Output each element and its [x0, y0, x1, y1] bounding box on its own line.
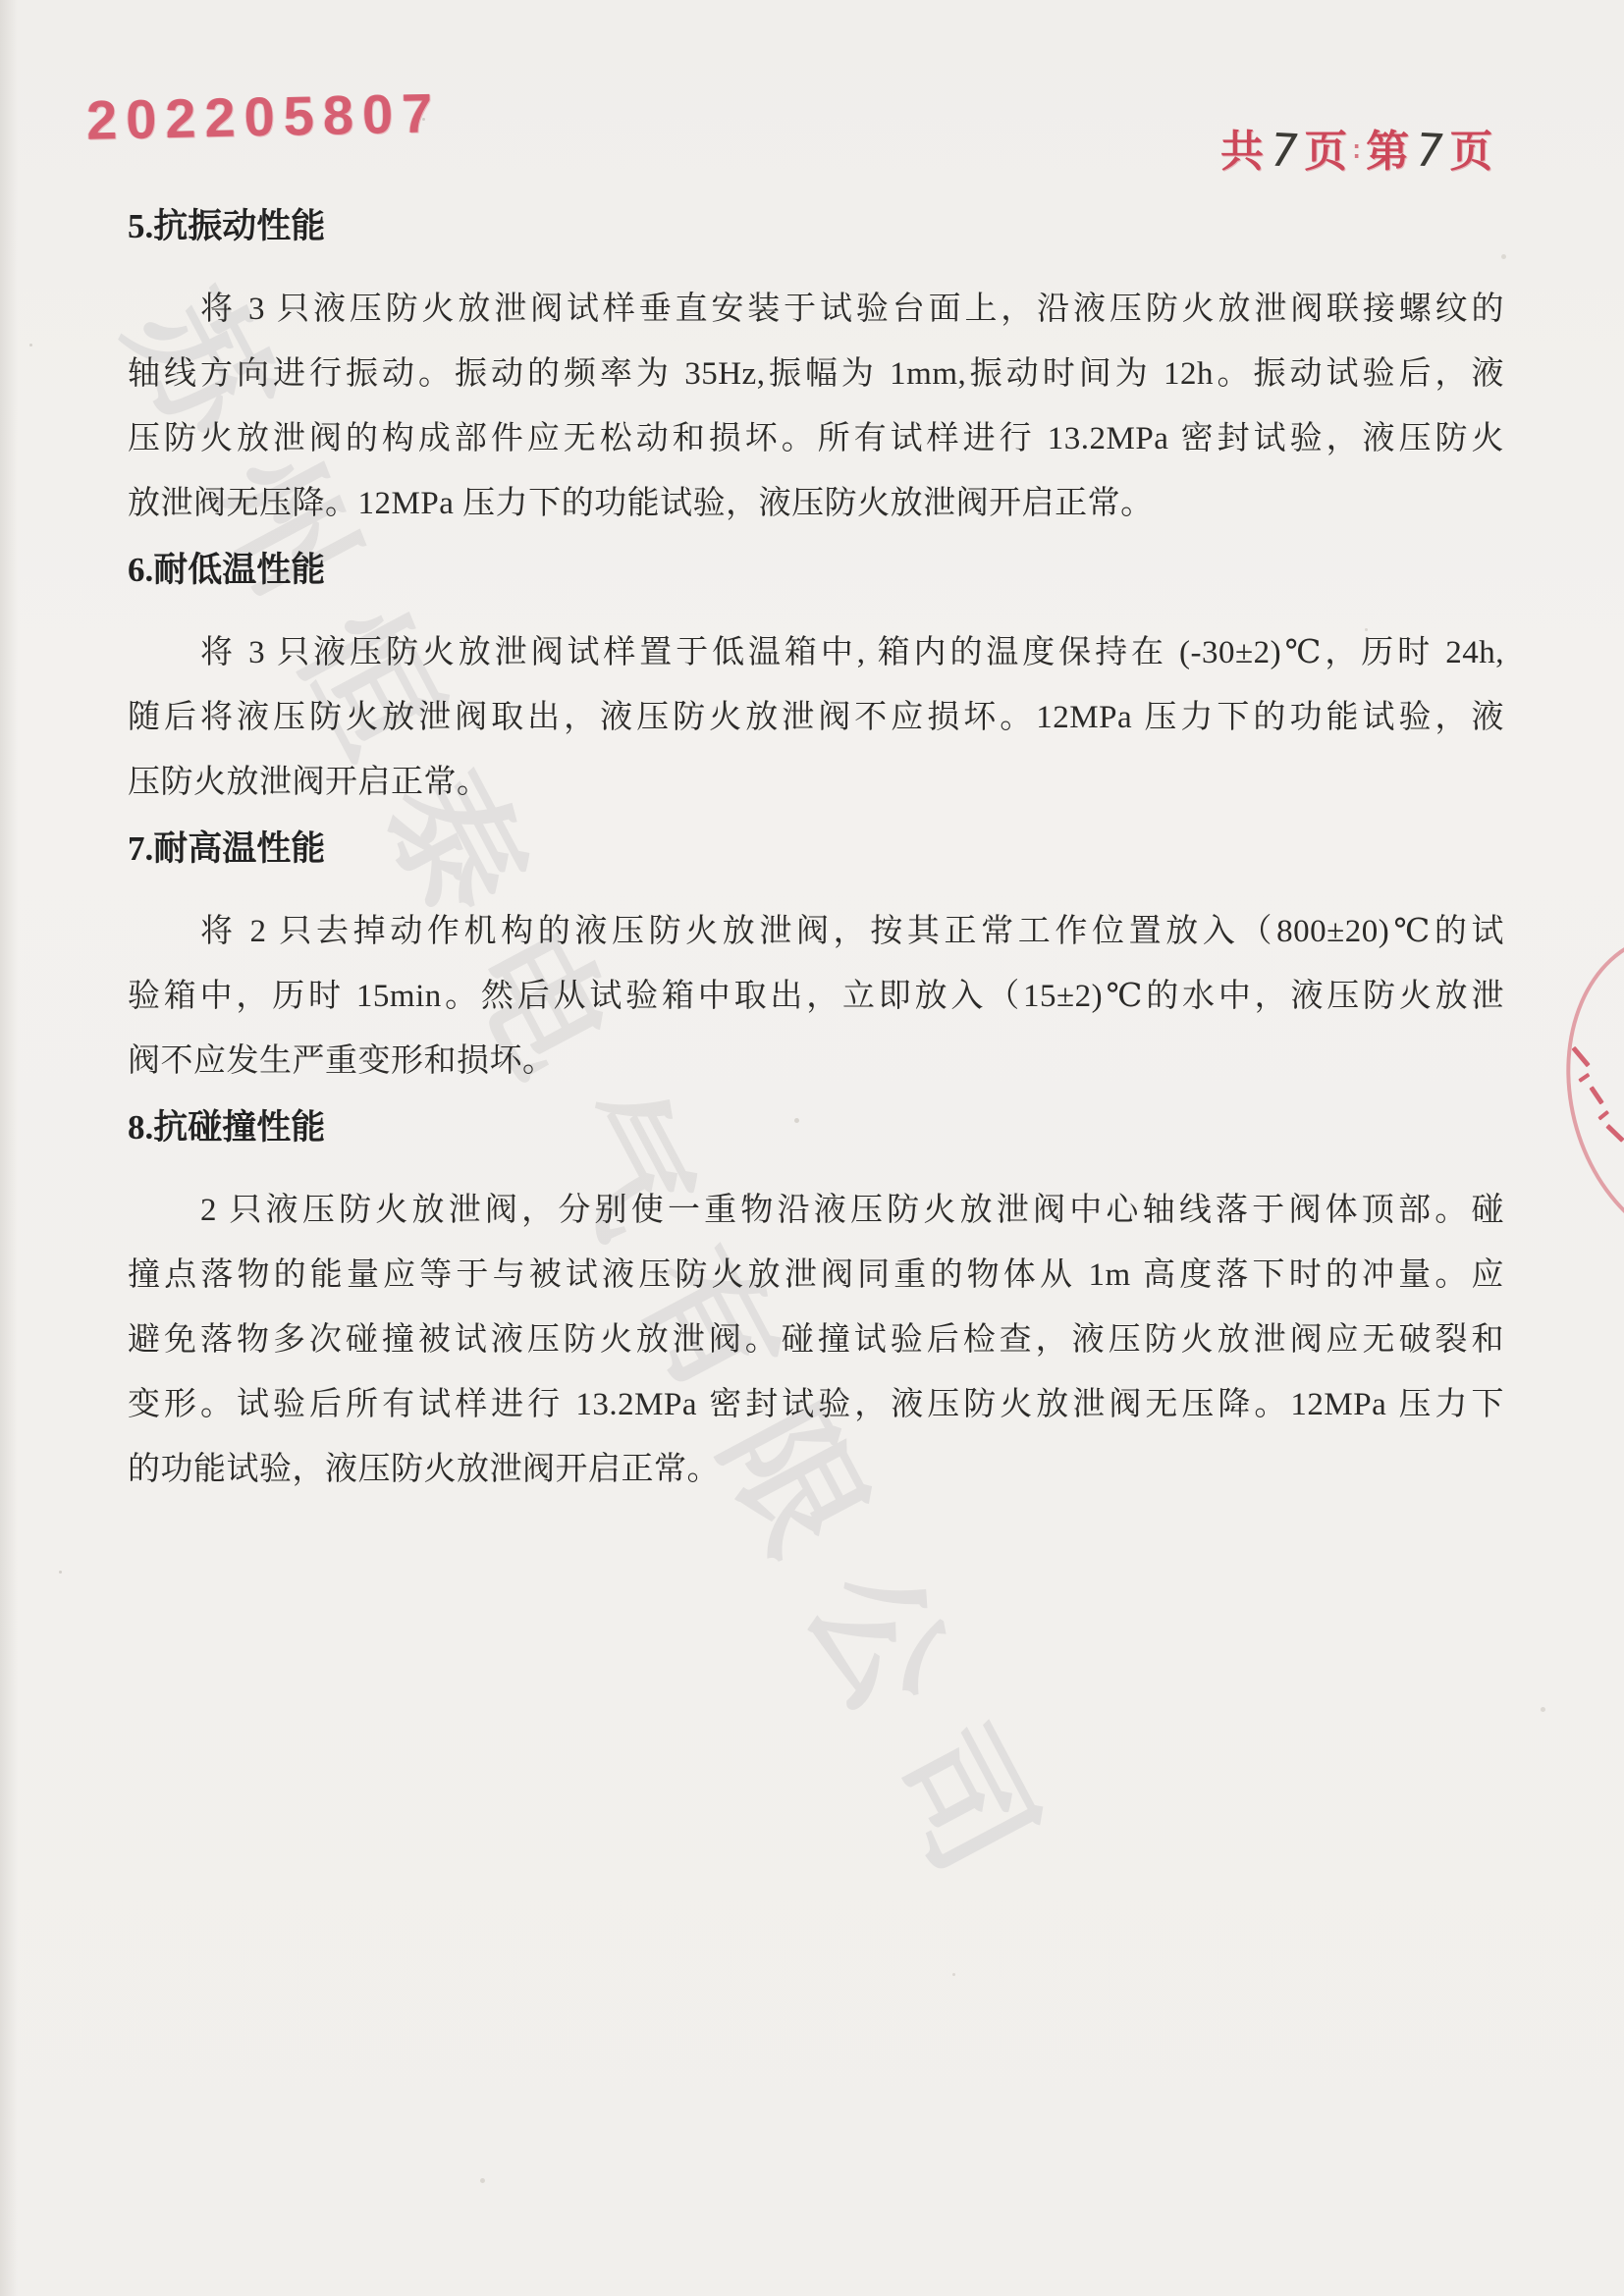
- text-line: 将 3 只液压防火放泄阀试样置于低温箱中, 箱内的温度保持在 (-30±2)℃，…: [128, 620, 1504, 685]
- section-heading: 6.耐低温性能: [128, 548, 1504, 593]
- text-line: 压防火放泄阀开启正常。: [128, 750, 1504, 815]
- document-body: 5.抗振动性能 将 3 只液压防火放泄阀试样垂直安装于试验台面上，沿液压防火放泄…: [128, 192, 1504, 1506]
- text-line: 压防火放泄阀的构成部件应无松动和损坏。所有试样进行 13.2MPa 密封试验，液…: [128, 406, 1504, 471]
- text-line: 变形。试验后所有试样进行 13.2MPa 密封试验，液压防火放泄阀无压降。12M…: [128, 1372, 1504, 1437]
- text-line: 随后将液压防火放泄阀取出，液压防火放泄阀不应损坏。12MPa 压力下的功能试验，…: [128, 685, 1504, 750]
- seal-mark: [1571, 1046, 1590, 1068]
- text-line: 阀不应发生严重变形和损坏。: [128, 1029, 1504, 1094]
- text-line: 验箱中，历时 15min。然后从试验箱中取出，立即放入（15±2)℃的水中，液压…: [128, 964, 1504, 1029]
- page-stamp-total-suffix: 页: [1304, 116, 1347, 179]
- page-stamp-total-number: 7: [1265, 123, 1303, 177]
- section-6-low-temperature: 6.耐低温性能 将 3 只液压防火放泄阀试样置于低温箱中, 箱内的温度保持在 (…: [128, 548, 1504, 815]
- text-line: 撞点落物的能量应等于与被试液压防火放泄阀同重的物体从 1m 高度落下时的冲量。应: [128, 1243, 1504, 1308]
- section-paragraph: 将 2 只去掉动作机构的液压防火放泄阀，按其正常工作位置放入（800±20)℃的…: [128, 899, 1504, 1094]
- text-line: 的功能试验，液压防火放泄阀开启正常。: [128, 1437, 1504, 1502]
- partial-seal-stamp: [1534, 906, 1624, 1277]
- seal-mark: [1597, 1110, 1609, 1121]
- page-stamp-current-number: 7: [1410, 123, 1448, 177]
- section-7-high-temperature: 7.耐高温性能 将 2 只去掉动作机构的液压防火放泄阀，按其正常工作位置放入（8…: [128, 827, 1504, 1094]
- section-8-impact: 8.抗碰撞性能 2 只液压防火放泄阀，分别使一重物沿液压防火放泄阀中心轴线落于阀…: [128, 1105, 1504, 1502]
- section-heading: 7.耐高温性能: [128, 827, 1504, 872]
- section-heading: 5.抗振动性能: [128, 204, 1504, 249]
- seal-mark: [1589, 1086, 1603, 1104]
- section-5-vibration: 5.抗振动性能 将 3 只液压防火放泄阀试样垂直安装于试验台面上，沿液压防火放泄…: [128, 204, 1504, 536]
- section-paragraph: 将 3 只液压防火放泄阀试样垂直安装于试验台面上，沿液压防火放泄阀联接螺纹的 轴…: [128, 277, 1504, 536]
- page-stamp-separator: ∶: [1353, 137, 1360, 167]
- seal-mark: [1578, 1073, 1590, 1083]
- seal-mark: [1605, 1124, 1624, 1143]
- section-paragraph: 2 只液压防火放泄阀，分别使一重物沿液压防火放泄阀中心轴线落于阀体顶部。碰 撞点…: [128, 1178, 1504, 1502]
- page-stamp-total-prefix: 共: [1220, 116, 1264, 179]
- page-stamp-current-suffix: 页: [1449, 116, 1492, 179]
- text-line: 放泄阀无压降。12MPa 压力下的功能试验，液压防火放泄阀开启正常。: [128, 471, 1504, 536]
- page-stamp-current-prefix: 第: [1366, 116, 1409, 179]
- text-line: 2 只液压防火放泄阀，分别使一重物沿液压防火放泄阀中心轴线落于阀体顶部。碰: [128, 1178, 1504, 1243]
- text-line: 避免落物多次碰撞被试液压防火放泄阀。碰撞试验后检查，液压防火放泄阀应无破裂和: [128, 1308, 1504, 1372]
- report-number-stamp: 202205807: [85, 80, 442, 152]
- page-count-stamp: 共 7 页 ∶ 第 7 页: [1220, 116, 1492, 179]
- text-line: 将 3 只液压防火放泄阀试样垂直安装于试验台面上，沿液压防火放泄阀联接螺纹的: [128, 277, 1504, 342]
- section-paragraph: 将 3 只液压防火放泄阀试样置于低温箱中, 箱内的温度保持在 (-30±2)℃，…: [128, 620, 1504, 815]
- scanned-document-page: 苏州恒泰电气有限公司 202205807 共 7 页 ∶ 第 7 页 5.抗振动…: [0, 0, 1624, 2296]
- text-line: 将 2 只去掉动作机构的液压防火放泄阀，按其正常工作位置放入（800±20)℃的…: [128, 899, 1504, 964]
- text-line: 轴线方向进行振动。振动的频率为 35Hz,振幅为 1mm,振动时间为 12h。振…: [128, 342, 1504, 406]
- section-heading: 8.抗碰撞性能: [128, 1105, 1504, 1150]
